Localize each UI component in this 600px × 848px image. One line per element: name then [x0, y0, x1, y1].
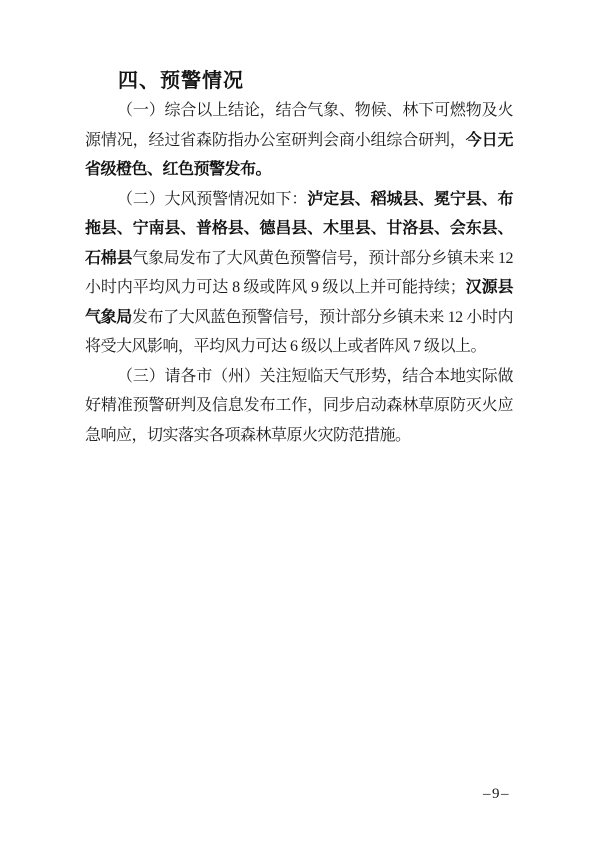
- document-content: 四、预警情况 （一）综合以上结论，结合气象、物候、林下可燃物及火源情况，经过省森…: [85, 66, 513, 450]
- text-segment: （一）综合以上结论，结合气象、物候、林下可燃物及火源情况，经过省森防指办公室研判…: [85, 102, 513, 149]
- document-page: 四、预警情况 （一）综合以上结论，结合气象、物候、林下可燃物及火源情况，经过省森…: [0, 0, 600, 848]
- page-number: –9–: [483, 786, 510, 803]
- section-heading: 四、预警情况: [85, 66, 513, 96]
- paragraph-2: （二）大风预警情况如下：泸定县、稻城县、冕宁县、布拖县、宁南县、普格县、德昌县、…: [85, 185, 513, 362]
- text-segment: （三）请各市（州）关注短临天气形势，结合本地实际做好精准预警研判及信息发布工作，…: [85, 368, 513, 444]
- paragraph-3: （三）请各市（州）关注短临天气形势，结合本地实际做好精准预警研判及信息发布工作，…: [85, 362, 513, 451]
- text-segment: （二）大风预警情况如下：: [117, 191, 307, 208]
- paragraph-1: （一）综合以上结论，结合气象、物候、林下可燃物及火源情况，经过省森防指办公室研判…: [85, 96, 513, 185]
- text-segment: 发布了大风蓝色预警信号，预计部分乡镇未来 12 小时内将受大风影响，平均风力可达…: [85, 309, 513, 356]
- text-segment: 气象局发布了大风黄色预警信号，预计部分乡镇未来 12 小时内平均风力可达 8 级…: [85, 250, 513, 297]
